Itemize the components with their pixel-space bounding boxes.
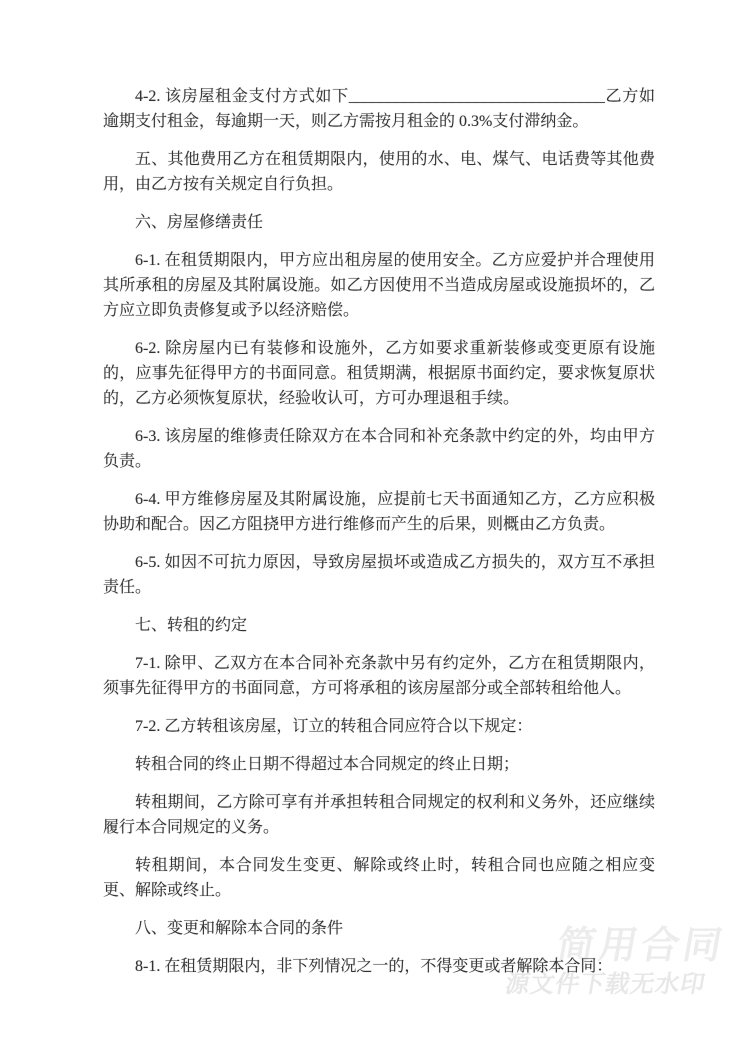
clause-4-2-prefix: 4-2. 该房屋租金支付方式如下 [135, 88, 349, 105]
clause-6-2: 6-2. 除房屋内已有装修和设施外，乙方如要求重新装修或变更原有设施的，应事先征… [103, 336, 655, 411]
clause-6-3: 6-3. 该房屋的维修责任除双方在本合同和补充条款中约定的外，均由甲方负责。 [103, 424, 655, 474]
clause-4-2: 4-2. 该房屋租金支付方式如下________________________… [103, 84, 655, 134]
clause-6-4: 6-4. 甲方维修房屋及其附属设施，应提前七天书面通知乙方，乙方应积极协助和配合… [103, 487, 655, 537]
clause-7-2-item-3: 转租期间，本合同发生变更、解除或终止时，转租合同也应随之相应变更、解除或终止。 [103, 853, 655, 903]
clause-5-other-fees: 五、其他费用乙方在租赁期限内，使用的水、电、煤气、电话费等其他费用，由乙方按有关… [103, 147, 655, 197]
clause-7-2-item-1: 转租合同的终止日期不得超过本合同规定的终止日期； [103, 752, 655, 777]
clause-6-5: 6-5. 如因不可抗力原因，导致房屋损坏或造成乙方损失的，双方互不承担责任。 [103, 550, 655, 600]
section-6-heading: 六、房屋修缮责任 [103, 210, 655, 235]
section-7-heading: 七、转租的约定 [103, 613, 655, 638]
clause-6-1: 6-1. 在租赁期限内，甲方应出租房屋的使用安全。乙方应爱护并合理使用其所承租的… [103, 248, 655, 323]
clause-7-2: 7-2. 乙方转租该房屋，订立的转租合同应符合以下规定： [103, 714, 655, 739]
contract-body: 4-2. 该房屋租金支付方式如下________________________… [0, 0, 742, 979]
clause-7-2-item-2: 转租期间，乙方除可享有并承担转租合同规定的权利和义务外，还应继续履行本合同规定的… [103, 790, 655, 840]
clause-8-1: 8-1. 在租赁期限内，非下列情况之一的，不得变更或者解除本合同： [103, 954, 655, 979]
section-8-heading: 八、变更和解除本合同的条件 [103, 916, 655, 941]
contract-page: 简用合同 源文件下载无水印 4-2. 该房屋租金支付方式如下__________… [0, 0, 742, 1049]
clause-7-1: 7-1. 除甲、乙双方在本合同补充条款中另有约定外，乙方在租赁期限内，须事先征得… [103, 651, 655, 701]
payment-method-blank-field: ________________________________ [349, 88, 605, 105]
